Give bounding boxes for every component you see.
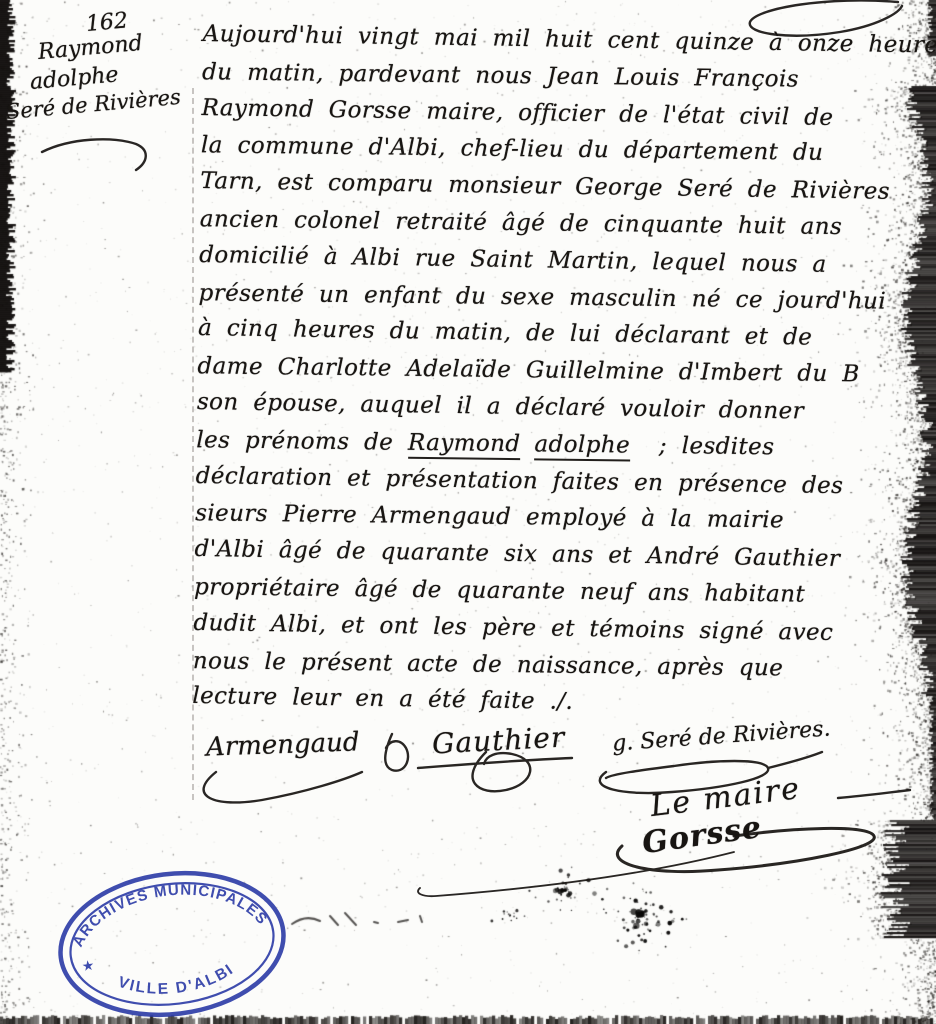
signature-witness-gauthier: Gauthier	[431, 721, 566, 761]
line12-prefix: les prénoms de	[196, 427, 408, 456]
given-name-underlined: adolphe	[534, 431, 630, 461]
scanned-document-page: 162 Raymond adolphe Seré de Rivières Auj…	[0, 0, 936, 1024]
signature-witness-armengaud: Armengaud	[206, 727, 360, 762]
line12-suffix: ; lesdites	[644, 432, 775, 460]
given-name-underlined: Raymond	[408, 430, 521, 460]
manuscript-body: Aujourd'hui vingt mai mil huit cent quin…	[192, 16, 923, 726]
